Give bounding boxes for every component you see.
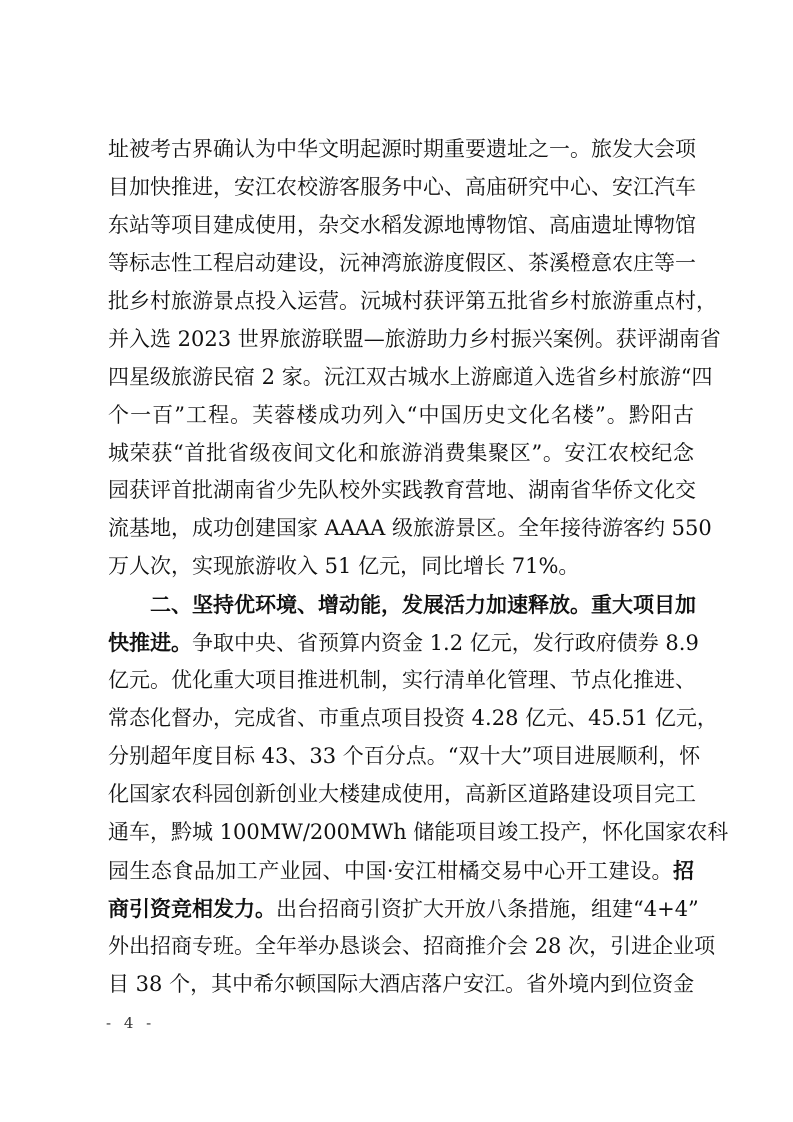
text-segment: 园获评首批湖南省少先队校外实践教育营地、湖南省华侨文化交 — [108, 478, 696, 502]
subheading-bold: 招 — [673, 858, 694, 883]
text-segment: 东站等项目建成使用，杂交水稻发源地博物馆、高庙遗址博物馆 — [108, 213, 696, 237]
text-line: 个一百”工程。芙蓉楼成功列入“中国历史文化名楼”。黔阳古 — [108, 397, 694, 435]
text-segment: 目 38 个，其中希尔顿国际大酒店落户安江。省外境内到位资金 — [108, 972, 694, 996]
text-segment: 争取中央、省预算内资金 1.2 亿元，发行政府债券 8.9 — [192, 631, 699, 655]
text-line: 批乡村旅游景点投入运营。沅城村获评第五批省乡村旅游重点村， — [108, 283, 694, 321]
text-line: 并入选 2023 世界旅游联盟—旅游助力乡村振兴案例。获评湖南省 — [108, 321, 694, 359]
text-segment: 流基地，成功创建国家 AAAA 级旅游景区。全年接待游客约 550 — [108, 516, 712, 540]
section-heading: 二、坚持优环境、增动能，发展活力加速释放。 — [150, 593, 591, 617]
text-segment: 四星级旅游民宿 2 家。沅江双古城水上游廊道入选省乡村旅游“四 — [108, 365, 712, 389]
text-line: 亿元。优化重大项目推进机制，实行清单化管理、节点化推进、 — [108, 662, 694, 700]
text-line: 常态化督办，完成省、市重点项目投资 4.28 亿元、45.51 亿元， — [108, 700, 694, 738]
text-line: 通车，黔城 100MW/200MWh 储能项目竣工投产，怀化国家农科 — [108, 814, 694, 852]
text-line: 址被考古界确认为中华文明起源时期重要遗址之一。旅发大会项 — [108, 131, 694, 169]
text-segment: 化国家农科园创新创业大楼建成使用，高新区道路建设项目完工 — [108, 782, 696, 806]
text-segment: 万人次，实现旅游收入 51 亿元，同比增长 71%。 — [108, 554, 579, 578]
text-line: 分别超年度目标 43、33 个百分点。“双十大”项目进展顺利，怀 — [108, 738, 694, 776]
text-segment: 亿元。优化重大项目推进机制，实行清单化管理、节点化推进、 — [108, 668, 696, 692]
text-segment: 批乡村旅游景点投入运营。沅城村获评第五批省乡村旅游重点村， — [108, 289, 717, 313]
subheading-bold: 重大项目加 — [591, 592, 696, 617]
text-line: 外出招商专班。全年举办恳谈会、招商推介会 28 次，引进企业项 — [108, 928, 694, 966]
text-segment: 个一百”工程。芙蓉楼成功列入“中国历史文化名楼”。黔阳古 — [108, 403, 694, 427]
text-line: 目加快推进，安江农校游客服务中心、高庙研究中心、安江汽车 — [108, 169, 694, 207]
text-segment: 园生态食品加工产业园、中国·安江柑橘交易中心开工建设。 — [108, 859, 673, 883]
document-page: 址被考古界确认为中华文明起源时期重要遗址之一。旅发大会项 目加快推进，安江农校游… — [0, 0, 793, 1122]
text-segment: 常态化督办，完成省、市重点项目投资 4.28 亿元、45.51 亿元， — [108, 706, 718, 730]
text-line: 目 38 个，其中希尔顿国际大酒店落户安江。省外境内到位资金 — [108, 966, 694, 1004]
page-number: - 4 - — [106, 1014, 155, 1032]
text-line: 化国家农科园创新创业大楼建成使用，高新区道路建设项目完工 — [108, 776, 694, 814]
text-line: 园生态食品加工产业园、中国·安江柑橘交易中心开工建设。招 — [108, 852, 694, 890]
text-line: 城荣获“首批省级夜间文化和旅游消费集聚区”。安江农校纪念 — [108, 435, 694, 473]
text-segment: 出台招商引资扩大开放八条措施，组建“4+4” — [276, 897, 699, 921]
text-line: 快推进。争取中央、省预算内资金 1.2 亿元，发行政府债券 8.9 — [108, 624, 694, 662]
text-segment: 等标志性工程启动建设，沅神湾旅游度假区、茶溪橙意农庄等一 — [108, 251, 696, 275]
text-segment: 城荣获“首批省级夜间文化和旅游消费集聚区”。安江农校纪念 — [108, 441, 694, 465]
text-line: 商引资竞相发力。出台招商引资扩大开放八条措施，组建“4+4” — [108, 890, 694, 928]
text-segment: 目加快推进，安江农校游客服务中心、高庙研究中心、安江汽车 — [108, 175, 696, 199]
text-line: 等标志性工程启动建设，沅神湾旅游度假区、茶溪橙意农庄等一 — [108, 245, 694, 283]
subheading-bold: 商引资竞相发力。 — [108, 896, 276, 921]
text-segment: 分别超年度目标 43、33 个百分点。“双十大”项目进展顺利，怀 — [108, 744, 700, 768]
subheading-bold: 快推进。 — [108, 630, 192, 655]
text-line-paragraph-end: 万人次，实现旅游收入 51 亿元，同比增长 71%。 — [108, 548, 694, 586]
text-line: 流基地，成功创建国家 AAAA 级旅游景区。全年接待游客约 550 — [108, 510, 694, 548]
text-line: 东站等项目建成使用，杂交水稻发源地博物馆、高庙遗址博物馆 — [108, 207, 694, 245]
text-segment: 通车，黔城 100MW/200MWh 储能项目竣工投产，怀化国家农科 — [108, 820, 728, 844]
text-segment: 址被考古界确认为中华文明起源时期重要遗址之一。旅发大会项 — [108, 137, 696, 161]
text-line: 园获评首批湖南省少先队校外实践教育营地、湖南省华侨文化交 — [108, 472, 694, 510]
section-heading-line: 二、坚持优环境、增动能，发展活力加速释放。重大项目加 — [108, 586, 694, 624]
text-segment: 外出招商专班。全年举办恳谈会、招商推介会 28 次，引进企业项 — [108, 934, 715, 958]
body-text: 址被考古界确认为中华文明起源时期重要遗址之一。旅发大会项 目加快推进，安江农校游… — [108, 131, 694, 1004]
text-segment: 并入选 2023 世界旅游联盟—旅游助力乡村振兴案例。获评湖南省 — [108, 327, 721, 351]
text-line: 四星级旅游民宿 2 家。沅江双古城水上游廊道入选省乡村旅游“四 — [108, 359, 694, 397]
